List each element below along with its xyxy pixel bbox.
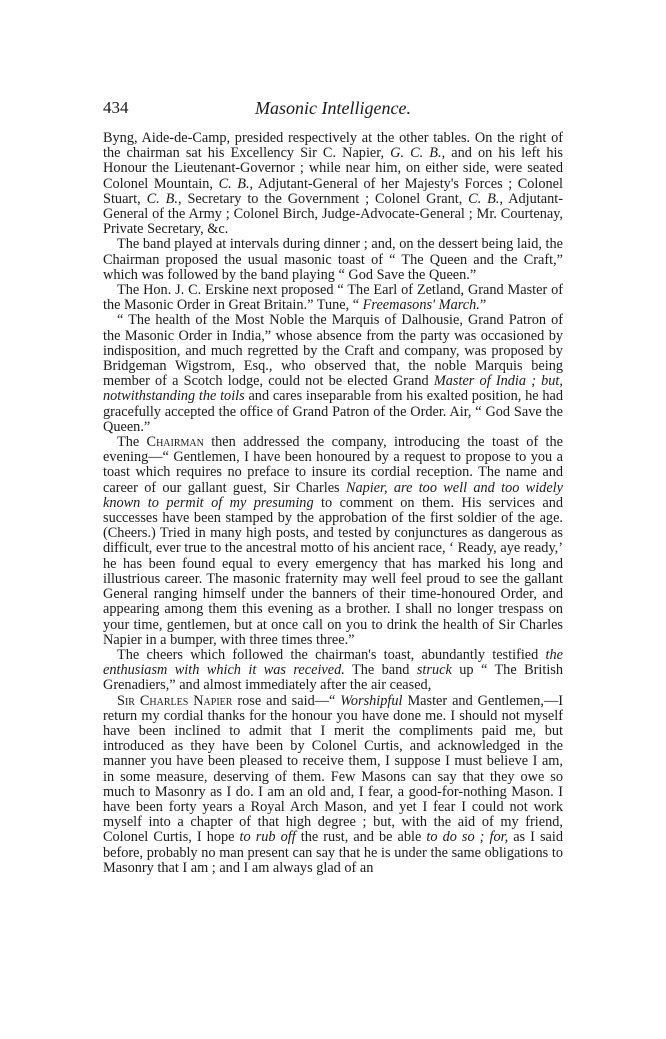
italic-text: struck	[417, 662, 452, 678]
text-run: the rust, and be able	[296, 829, 427, 845]
text-run: , Secretary to the Government ; Colonel …	[178, 191, 468, 207]
small-caps-text: Sir Charles Napier	[117, 693, 232, 709]
italic-text: C. B.	[147, 191, 178, 207]
italic-text: C. B.	[219, 176, 250, 192]
body-text: Byng, Aide-de-Camp, presided respectivel…	[103, 131, 563, 876]
small-caps-text: Chairman	[147, 434, 204, 450]
italic-text: to rub off	[240, 829, 296, 845]
text-run: rose and said—“	[232, 693, 340, 709]
italic-text: to do so ; for,	[426, 829, 508, 845]
paragraph: The Hon. J. C. Erskine next proposed “ T…	[103, 283, 563, 313]
text-run: to comment on them. His services and suc…	[103, 495, 563, 648]
italic-text: Freemasons' March.	[363, 297, 480, 313]
paragraph: Byng, Aide-de-Camp, presided respectivel…	[103, 131, 563, 237]
text-run: The	[117, 434, 147, 450]
italic-text: C. B.	[468, 191, 499, 207]
paragraph: The band played at intervals during dinn…	[103, 237, 563, 283]
italic-text: G. C. B.	[390, 145, 442, 161]
paragraph: Sir Charles Napier rose and said—“ Worsh…	[103, 694, 563, 876]
paragraph: The cheers which followed the chairman's…	[103, 648, 563, 694]
italic-text: Worshipful	[340, 693, 402, 709]
text-run: The cheers which followed the chairman's…	[117, 647, 546, 663]
running-title: Masonic Intelligence.	[103, 98, 563, 119]
document-page: 434 Masonic Intelligence. Byng, Aide-de-…	[103, 98, 563, 876]
text-run: The band	[345, 662, 417, 678]
text-run: The Hon. J. C. Erskine next proposed “ T…	[103, 282, 563, 313]
running-head: 434 Masonic Intelligence.	[103, 98, 563, 120]
paragraph: “ The health of the Most Noble the Marqu…	[103, 313, 563, 435]
text-run: ”	[480, 297, 486, 313]
text-run: The band played at intervals during dinn…	[103, 236, 563, 282]
paragraph: The Chairman then addressed the company,…	[103, 435, 563, 648]
text-run: Master and Gentlemen,—I return my cordia…	[103, 693, 563, 846]
